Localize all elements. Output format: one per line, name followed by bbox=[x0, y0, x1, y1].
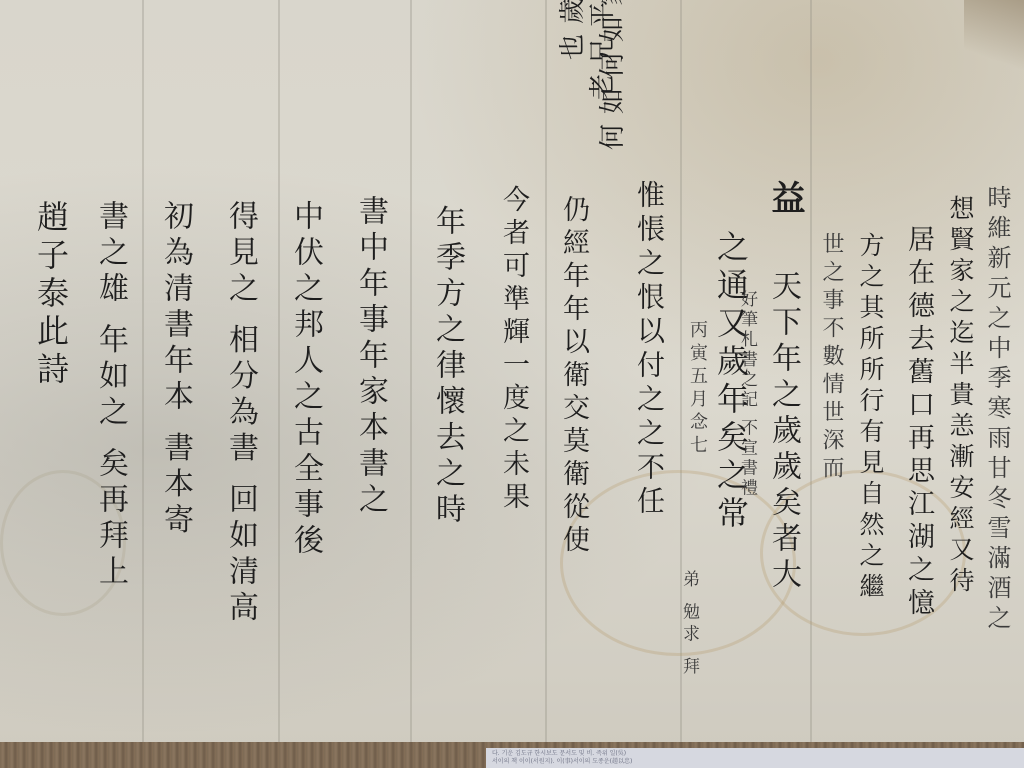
top-line-3: 何如何如家者 bbox=[600, 0, 626, 150]
text-column-12: 年季方之律懷去之時 bbox=[432, 205, 462, 529]
text-column-2: 想賢家之迄半貴恙漸安經又待 bbox=[948, 195, 973, 598]
text-column-7: 天下年之歲歲矣者大 bbox=[768, 270, 798, 594]
text-column-13: 書中年事年家本書之 bbox=[355, 195, 385, 519]
text-column-11: 今者可準輝一度之未果 bbox=[500, 185, 527, 515]
fold-line bbox=[278, 0, 280, 748]
text-column-1: 時維新元之中季寒雨甘冬雪滿酒之 bbox=[985, 185, 1009, 635]
museum-caption-card: 다. 기운 김도규 한시보도 문서도 및 비. 즉위 일(吳) 서이의 책 이이… bbox=[486, 748, 1024, 768]
stain-corner bbox=[964, 0, 1024, 80]
letter-paper: 也歲月如流又復 老兄平安之慰 何如何如家者 時維新元之中季寒雨甘冬雪滿酒之 想賢… bbox=[0, 0, 1024, 748]
text-column-14: 中伏之邦人之古全事後 bbox=[290, 200, 320, 560]
side-note-signature: 弟 勉求 拜 bbox=[680, 570, 697, 679]
text-column-6: 益 bbox=[768, 180, 802, 220]
text-column-15: 得見之 相分為書 回如清高 bbox=[225, 200, 255, 627]
caption-line-2: 서이의 책 이이(서원지). 이(事)서이의 도종운(趙以忠) bbox=[492, 758, 1024, 766]
text-column-3: 居在德去舊口再思江湖之憶 bbox=[905, 225, 932, 621]
text-column-17: 書之雄 年如之 矣再拜上 bbox=[95, 200, 125, 591]
text-column-5: 世之事不數情世深而 bbox=[820, 232, 842, 484]
fold-line bbox=[142, 0, 144, 748]
top-line-1: 也歲月如流又復 bbox=[560, 0, 586, 60]
side-note-date: 丙寅五月念七 bbox=[688, 320, 706, 458]
caption-line-1: 다. 기운 김도규 한시보도 문서도 및 비. 즉위 일(吳) bbox=[492, 750, 1024, 758]
text-column-10: 仍經年年以衛交莫衛從使 bbox=[560, 195, 587, 558]
fold-line bbox=[810, 0, 812, 748]
text-column-18: 趙子泰此詩 bbox=[35, 200, 67, 390]
fold-line bbox=[410, 0, 412, 748]
text-column-4: 方之其所所行有見自然之繼 bbox=[858, 232, 883, 604]
text-column-16: 初為清書年本 書本寄 bbox=[160, 200, 190, 540]
fold-line bbox=[545, 0, 547, 748]
side-note-postscript: 好筆札書之記 不宣書禮 bbox=[738, 290, 755, 498]
text-column-9: 惟悵之恨以付之之不任 bbox=[635, 180, 663, 520]
